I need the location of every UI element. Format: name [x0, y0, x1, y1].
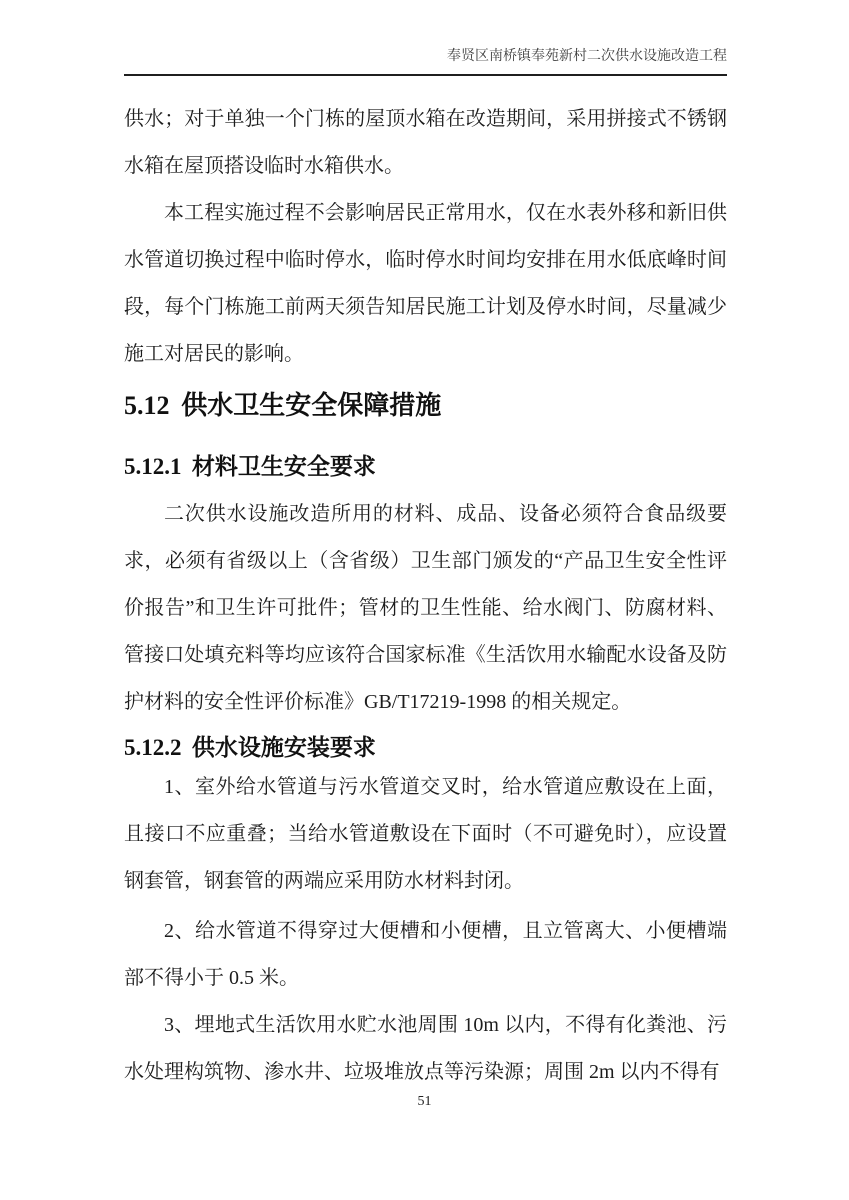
page-body: 供水；对于单独一个门栋的屋顶水箱在改造期间，采用拼接式不锈钢水箱在屋顶搭设临时水…	[124, 96, 727, 1096]
page-number: 51	[418, 1094, 432, 1109]
subsection-title: 供水设施安装要求	[192, 735, 376, 760]
page-header: 奉贤区南桥镇奉苑新村二次供水设施改造工程	[124, 0, 727, 76]
section-heading-5-12: 5.12供水卫生安全保障措施	[124, 388, 727, 424]
paragraph-install-item-3: 3、埋地式生活饮用水贮水池周围 10m 以内，不得有化粪池、污水处理构筑物、渗水…	[124, 1002, 727, 1096]
section-number: 5.12	[124, 388, 170, 424]
paragraph-continuation: 供水；对于单独一个门栋的屋顶水箱在改造期间，采用拼接式不锈钢水箱在屋顶搭设临时水…	[124, 96, 727, 190]
paragraph-install-item-1: 1、室外给水管道与污水管道交叉时，给水管道应敷设在上面，且接口不应重叠；当给水管…	[124, 764, 727, 905]
paragraph-install-item-2: 2、给水管道不得穿过大便槽和小便槽，且立管离大、小便槽端部不得小于 0.5 米。	[124, 908, 727, 1002]
subsection-number: 5.12.1	[124, 451, 182, 483]
document-page: 奉贤区南桥镇奉苑新村二次供水设施改造工程 供水；对于单独一个门栋的屋顶水箱在改造…	[0, 0, 849, 1200]
section-title: 供水卫生安全保障措施	[181, 391, 441, 420]
header-project-title: 奉贤区南桥镇奉苑新村二次供水设施改造工程	[447, 49, 727, 64]
page-footer: 51	[0, 1092, 849, 1112]
subsection-heading-5-12-1: 5.12.1材料卫生安全要求	[124, 451, 727, 483]
paragraph-construction-impact: 本工程实施过程不会影响居民正常用水，仅在水表外移和新旧供水管道切换过程中临时停水…	[124, 190, 727, 378]
paragraph-material-hygiene: 二次供水设施改造所用的材料、成品、设备必须符合食品级要求，必须有省级以上（含省级…	[124, 491, 727, 726]
subsection-number: 5.12.2	[124, 732, 182, 764]
subsection-title: 材料卫生安全要求	[192, 454, 376, 479]
subsection-heading-5-12-2: 5.12.2供水设施安装要求	[124, 732, 727, 764]
